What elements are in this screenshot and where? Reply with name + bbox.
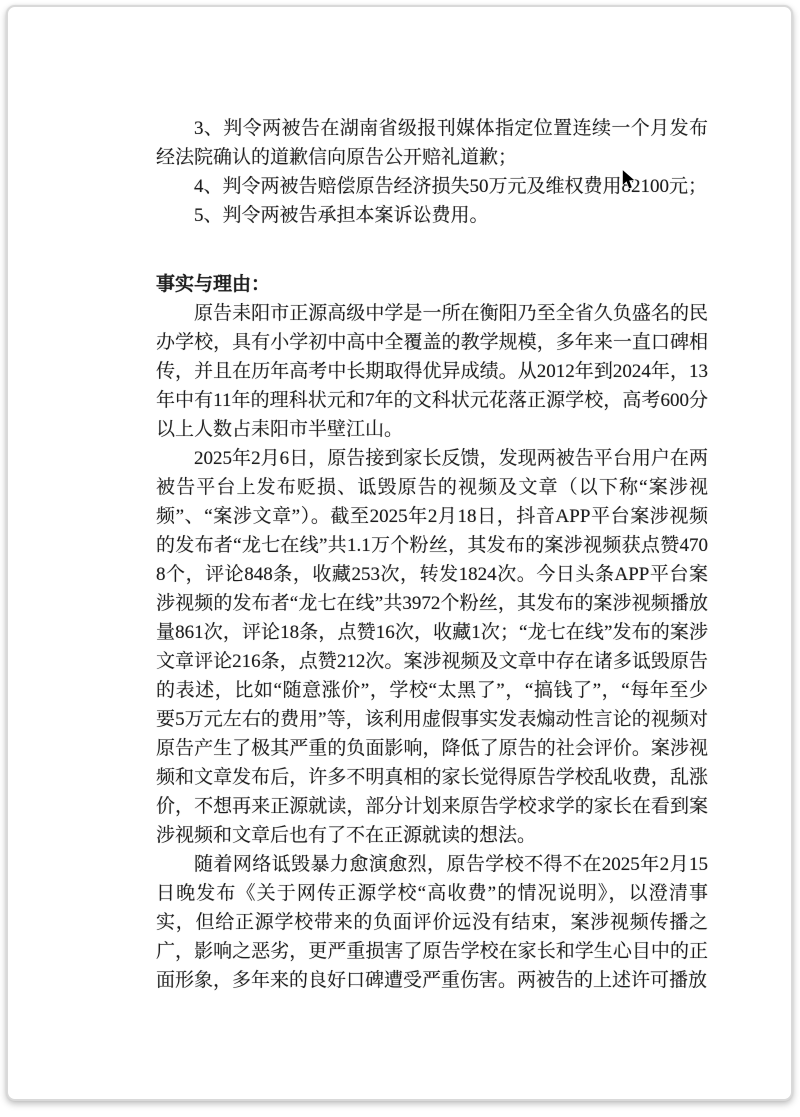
facts-and-reasons-heading: 事实与理由：: [156, 270, 708, 299]
facts-paragraph-3: 随着网络诋毁暴力愈演愈烈，原告学校不得不在2025年2月15日晚发布《关于网传正…: [156, 850, 708, 995]
screenshot-stage: 3、判令两被告在湖南省级报刊媒体指定位置连续一个月发布经法院确认的道歉信向原告公…: [0, 0, 800, 1117]
claim-item-5: 5、判令两被告承担本案诉讼费用。: [156, 201, 708, 230]
claim-item-4: 4、判令两被告赔偿原告经济损失50万元及维权费用82100元；: [156, 172, 708, 201]
document-text-block: 3、判令两被告在湖南省级报刊媒体指定位置连续一个月发布经法院确认的道歉信向原告公…: [156, 114, 708, 995]
scanned-document-page: 3、判令两被告在湖南省级报刊媒体指定位置连续一个月发布经法院确认的道歉信向原告公…: [6, 5, 793, 1101]
facts-paragraph-1: 原告耒阳市正源高级中学是一所在衡阳乃至全省久负盛名的民办学校，具有小学初中高中全…: [156, 299, 708, 444]
facts-paragraph-2: 2025年2月6日，原告接到家长反馈，发现两被告平台用户在两被告平台上发布贬损、…: [156, 444, 708, 850]
claim-item-3: 3、判令两被告在湖南省级报刊媒体指定位置连续一个月发布经法院确认的道歉信向原告公…: [156, 114, 708, 172]
